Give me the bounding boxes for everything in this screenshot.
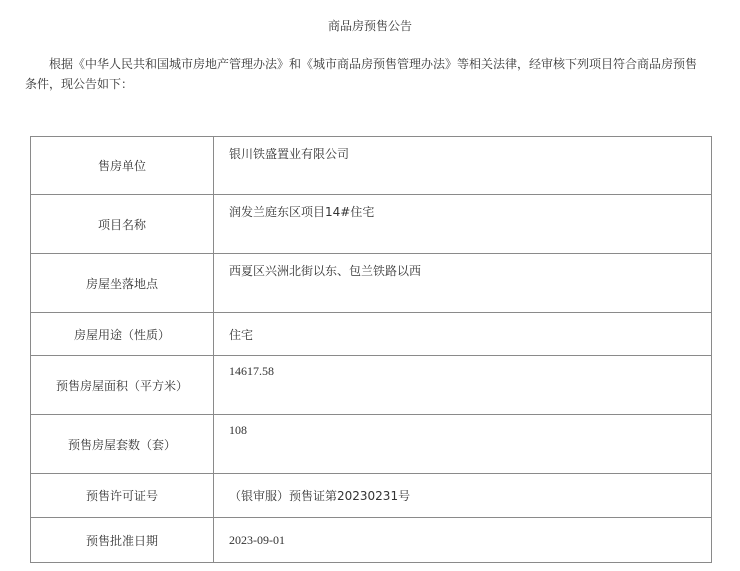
row-label: 预售批准日期 [31,518,214,563]
row-label: 预售许可证号 [31,474,214,518]
intro-paragraph: 根据《中华人民共和国城市房地产管理办法》和《城市商品房预售管理办法》等相关法律，… [25,54,701,94]
row-value: 2023-09-01 [214,518,712,563]
presale-info-table: 售房单位 银川铁盛置业有限公司 项目名称 润发兰庭东区项目14#住宅 房屋坐落地… [30,136,712,563]
row-label: 预售房屋面积（平方米） [31,356,214,415]
row-label: 房屋坐落地点 [31,254,214,313]
table-row-location: 房屋坐落地点 西夏区兴洲北街以东、包兰铁路以西 [31,254,712,313]
row-value: 西夏区兴洲北街以东、包兰铁路以西 [214,254,712,313]
row-label: 房屋用途（性质） [31,313,214,356]
row-label: 售房单位 [31,137,214,195]
document-title: 商品房预售公告 [0,17,740,34]
table-row-project-name: 项目名称 润发兰庭东区项目14#住宅 [31,195,712,254]
row-value: 银川铁盛置业有限公司 [214,137,712,195]
table-row-units: 预售房屋套数（套） 108 [31,415,712,474]
row-value: （银审服）预售证第20230231号 [214,474,712,518]
table-row-usage: 房屋用途（性质） 住宅 [31,313,712,356]
table-row-approval-date: 预售批准日期 2023-09-01 [31,518,712,563]
table-row-permit: 预售许可证号 （银审服）预售证第20230231号 [31,474,712,518]
row-value: 14617.58 [214,356,712,415]
row-label: 预售房屋套数（套） [31,415,214,474]
row-label: 项目名称 [31,195,214,254]
table-row-seller: 售房单位 银川铁盛置业有限公司 [31,137,712,195]
row-value: 住宅 [214,313,712,356]
row-value: 润发兰庭东区项目14#住宅 [214,195,712,254]
table-row-area: 预售房屋面积（平方米） 14617.58 [31,356,712,415]
row-value: 108 [214,415,712,474]
